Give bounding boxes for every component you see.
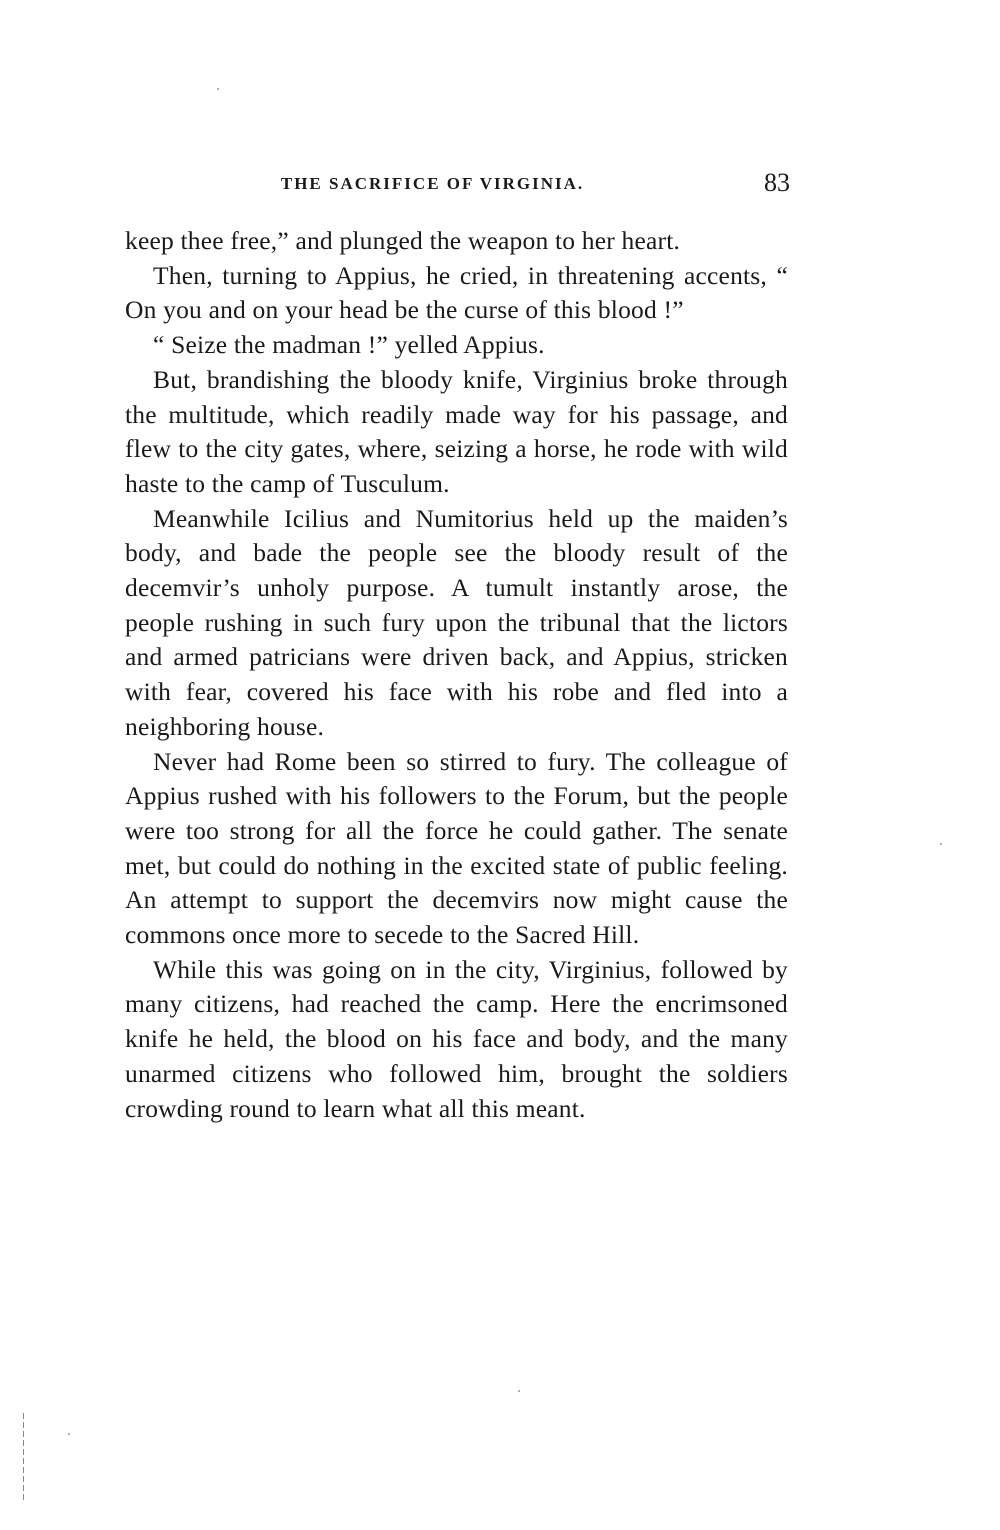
body-text: keep thee free,” and plunged the weapon … [125,224,788,1126]
scan-speck [68,1433,70,1435]
scan-speck [940,843,942,845]
page-number: 83 [764,168,790,198]
scan-margin-mark [23,1413,24,1503]
scan-speck [217,88,219,90]
running-title: THE SACRIFICE OF VIRGINIA. [125,174,790,194]
scan-speck [518,1390,520,1392]
paragraph: keep thee free,” and plunged the weapon … [125,224,788,259]
paragraph: Then, turning to Appius, he cried, in th… [125,259,788,328]
book-page: THE SACRIFICE OF VIRGINIA. 83 keep thee … [0,0,1000,1530]
paragraph: While this was going on in the city, Vir… [125,953,788,1127]
paragraph: But, brandishing the bloody knife, Virgi… [125,363,788,502]
paragraph: Never had Rome been so stirred to fury. … [125,745,788,953]
running-header: THE SACRIFICE OF VIRGINIA. 83 [125,168,790,198]
paragraph: Meanwhile Icilius and Numitorius held up… [125,502,788,745]
paragraph: “ Seize the madman !” yelled Appius. [125,328,788,363]
